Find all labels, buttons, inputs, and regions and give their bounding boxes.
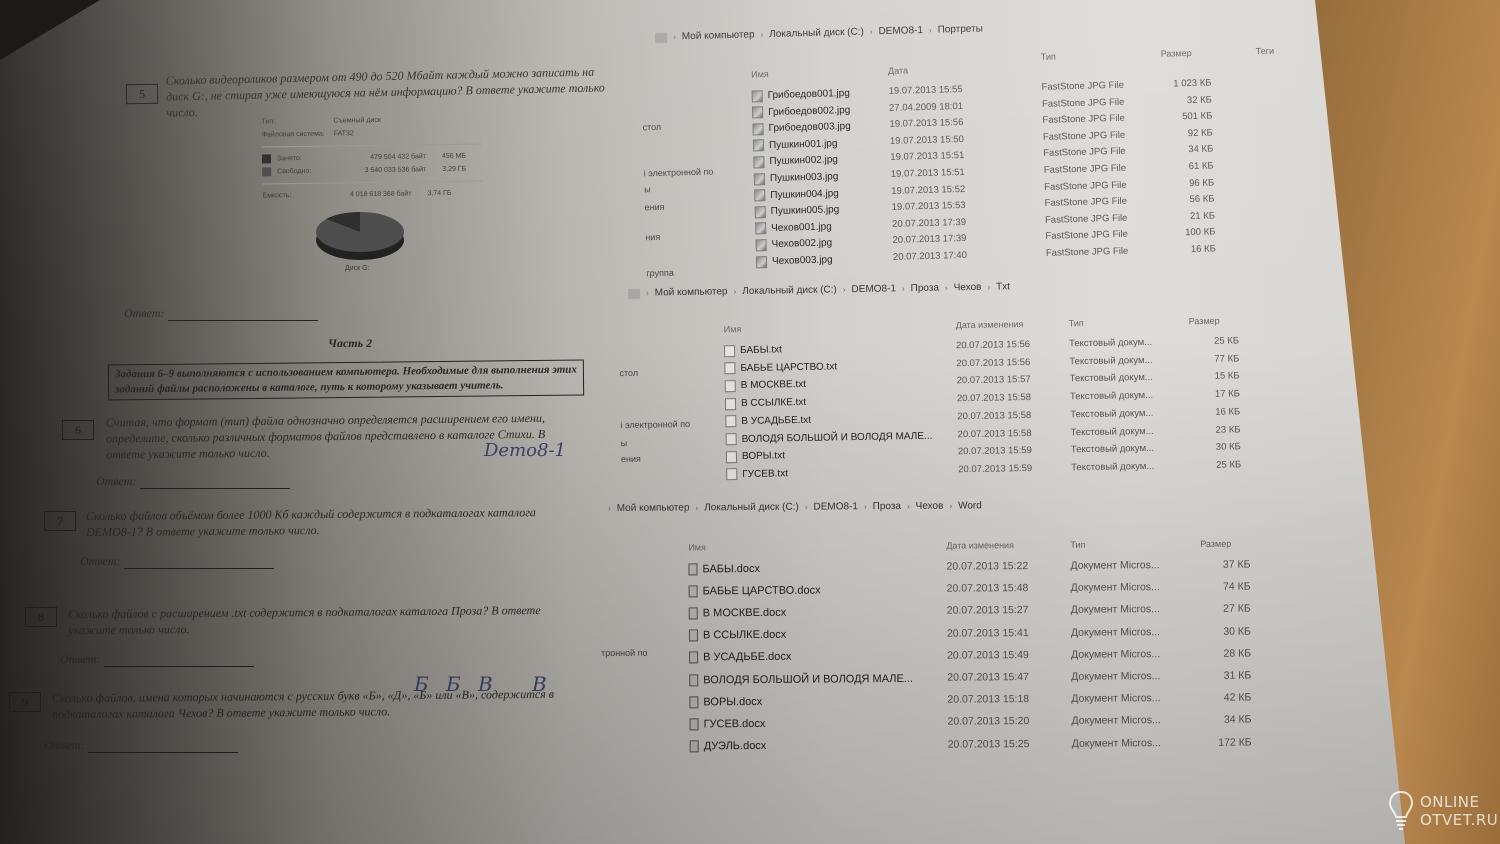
file-type: Документ Micros...: [1071, 648, 1160, 661]
chevron-right-icon: ›: [695, 503, 698, 512]
file-size: 501 КБ: [1152, 111, 1212, 124]
capacity-bytes: 4 018 618 368 байт: [334, 190, 411, 198]
file-name: Пушкин002.jpg: [769, 155, 838, 168]
file-name: Пушкин003.jpg: [770, 171, 839, 184]
breadcrumb-item[interactable]: DEMO8-1: [851, 283, 896, 295]
word-document-icon: [689, 674, 698, 686]
file-size: 32 КБ: [1152, 94, 1212, 107]
text-file-icon: [725, 398, 736, 410]
question-number: 7: [44, 511, 76, 531]
image-file-icon: [756, 256, 767, 268]
handwritten-letter: Б: [414, 672, 429, 696]
file-date: 20.07.2013 15:58: [958, 427, 1032, 439]
file-name: БАБЬЕ ЦАРСТВО.txt: [740, 361, 837, 374]
answer-line[interactable]: [124, 556, 274, 569]
file-size: 28 КБ: [1191, 647, 1251, 659]
folder-icon: [655, 32, 667, 42]
disk-label: Диск G:: [345, 265, 370, 272]
file-date: 19.07.2013 15:53: [892, 200, 966, 213]
file-date: 20.07.2013 15:20: [947, 715, 1029, 728]
capacity-size: 3,74 ГБ: [411, 190, 451, 198]
file-name: В ССЫЛКЕ.txt: [741, 397, 806, 409]
file-type: Документ Micros...: [1071, 581, 1160, 594]
handwritten-letter: В: [478, 672, 493, 696]
free-swatch: [262, 167, 271, 176]
file-date: 20.07.2013 17:39: [892, 233, 966, 246]
image-file-icon: [754, 189, 765, 201]
file-date: 20.07.2013 15:47: [947, 671, 1029, 684]
question-number: 9: [9, 692, 41, 712]
column-header[interactable]: Дата: [888, 65, 908, 76]
file-name: Грибоедов001.jpg: [768, 88, 850, 101]
file-type: Текстовый докум...: [1071, 443, 1154, 455]
file-date: 20.07.2013 15:56: [956, 339, 1030, 351]
breadcrumb-item[interactable]: Локальный диск (C:): [742, 284, 837, 297]
file-size: 30 КБ: [1181, 442, 1241, 454]
file-size: 27 КБ: [1191, 603, 1251, 615]
answer-line[interactable]: [140, 476, 290, 489]
text-file-icon: [726, 469, 737, 481]
file-date: 19.07.2013 15:52: [891, 184, 965, 197]
file-name: Пушкин005.jpg: [771, 204, 840, 217]
file-name: ГУСЕВ.txt: [742, 468, 788, 480]
word-document-icon: [688, 563, 697, 575]
file-type: FastStone JPG File: [1042, 113, 1125, 126]
fs-value: FAT32: [334, 130, 354, 137]
file-name: Чехов001.jpg: [771, 221, 832, 234]
file-date: 20.07.2013 15:58: [957, 392, 1031, 404]
file-size: 16 КБ: [1156, 243, 1216, 256]
file-date: 20.07.2013 17:40: [893, 250, 967, 263]
answer-label: Ответ:: [124, 306, 164, 320]
file-size: 15 КБ: [1180, 371, 1240, 383]
file-size: 96 КБ: [1154, 177, 1214, 190]
answer-6: Ответ:: [96, 474, 290, 489]
word-document-icon: [689, 629, 698, 641]
file-size: 25 КБ: [1179, 335, 1239, 347]
file-date: 20.07.2013 15:49: [947, 649, 1029, 662]
image-file-icon: [752, 106, 763, 118]
file-type: Документ Micros...: [1072, 737, 1161, 750]
word-document-icon: [689, 696, 698, 708]
file-size: 172 КБ: [1192, 736, 1252, 748]
handwritten-letter: В: [532, 672, 547, 696]
word-document-icon: [689, 607, 698, 619]
text-file-icon: [725, 415, 736, 427]
column-header[interactable]: Размер: [1161, 48, 1192, 59]
answer-label: Ответ:: [96, 474, 136, 488]
chevron-right-icon: ›: [733, 287, 736, 296]
file-name: ГУСЕВ.docx: [704, 718, 766, 730]
question-text: Сколько видеороликов размером от 490 до …: [166, 63, 607, 120]
file-type: Текстовый докум...: [1069, 337, 1152, 349]
file-type: Текстовый докум...: [1070, 425, 1153, 437]
file-name: Чехов003.jpg: [772, 254, 833, 267]
answer-line[interactable]: [88, 740, 238, 753]
question-text: Сколько файлов с расширением .txt содерж…: [68, 602, 568, 638]
file-size: 34 КБ: [1153, 144, 1213, 157]
file-size: 74 КБ: [1191, 581, 1251, 593]
file-date: 20.07.2013 15:27: [947, 604, 1029, 617]
text-file-icon: [725, 380, 736, 392]
file-name: ВОЛОДЯ БОЛЬШОЙ И ВОЛОДЯ МАЛЕ...: [703, 672, 913, 685]
free-size: 3,29 ГБ: [426, 166, 466, 174]
file-size: 77 КБ: [1179, 353, 1239, 365]
breadcrumb-item[interactable]: Чехов: [916, 501, 944, 512]
part-2-notice: Задания 6–9 выполняются с использованием…: [108, 360, 584, 401]
image-file-icon: [753, 139, 764, 151]
used-bytes: 479 504 432 байт: [334, 153, 426, 161]
answer-9: Ответ:: [44, 738, 238, 753]
chevron-right-icon: ›: [945, 283, 948, 292]
chevron-right-icon: ›: [673, 32, 676, 41]
file-name: В ССЫЛКЕ.docx: [703, 629, 786, 642]
nav-pane-item[interactable]: ы: [621, 438, 628, 448]
handwritten-letter: Б: [446, 672, 461, 696]
file-size: 17 КБ: [1180, 388, 1240, 400]
file-date: 19.07.2013 15:56: [889, 117, 963, 130]
type-label: Тип:: [261, 118, 333, 126]
file-type: Текстовый докум...: [1070, 372, 1153, 384]
used-swatch: [262, 154, 271, 163]
file-type: FastStone JPG File: [1044, 196, 1127, 209]
file-size: 100 КБ: [1155, 227, 1215, 240]
text-file-icon: [726, 433, 737, 445]
file-type: Документ Micros...: [1071, 604, 1160, 617]
column-header[interactable]: Тип: [1069, 318, 1084, 328]
disk-properties: Тип:Съемный диск Файловая система:FAT32 …: [261, 112, 482, 202]
watermark-line-2: OTVET.RU: [1420, 811, 1498, 829]
file-name: В МОСКВЕ.txt: [741, 379, 806, 391]
breadcrumb-item[interactable]: Портреты: [937, 23, 983, 35]
file-type: Документ Micros...: [1070, 559, 1159, 572]
image-file-icon: [755, 239, 766, 251]
file-name: Пушкин004.jpg: [770, 188, 839, 201]
file-size: 31 КБ: [1191, 670, 1251, 682]
text-file-icon: [726, 451, 737, 463]
answer-line[interactable]: [168, 308, 318, 321]
answer-label: Ответ:: [44, 738, 84, 752]
free-bytes: 3 540 033 536 байт: [334, 166, 426, 174]
file-type: FastStone JPG File: [1041, 80, 1124, 93]
file-date: 19.07.2013 15:50: [890, 134, 964, 147]
file-name: БАБЫ.txt: [740, 344, 782, 356]
chevron-right-icon: ›: [929, 26, 932, 35]
used-label: Занято:: [277, 155, 334, 163]
text-file-icon: [724, 345, 735, 357]
free-label: Свободно:: [277, 168, 334, 176]
file-size: 92 КБ: [1153, 127, 1213, 140]
question-number: 8: [25, 607, 57, 627]
breadcrumb-item[interactable]: Проза: [911, 283, 940, 294]
file-size: 34 КБ: [1191, 714, 1251, 726]
file-date: 20.07.2013 15:25: [948, 738, 1030, 751]
word-document-icon: [689, 652, 698, 664]
file-name: БАБЫ.docx: [702, 562, 760, 574]
breadcrumb-item[interactable]: Проза: [873, 501, 901, 512]
watermark: ONLINEOTVET.RU: [1388, 790, 1498, 832]
chevron-right-icon: ›: [987, 283, 990, 292]
fs-label: Файловая система:: [262, 131, 334, 139]
chevron-right-icon: ›: [843, 285, 846, 294]
chevron-right-icon: ›: [902, 284, 905, 293]
breadcrumb-item[interactable]: Txt: [996, 281, 1010, 292]
chevron-right-icon: ›: [760, 30, 763, 39]
file-size: 21 КБ: [1155, 210, 1215, 223]
column-header[interactable]: Имя: [751, 69, 769, 79]
breadcrumb-item[interactable]: Чехов: [954, 282, 982, 293]
file-size: 23 КБ: [1180, 424, 1240, 436]
chevron-right-icon: ›: [608, 504, 611, 513]
file-date: 20.07.2013 17:39: [892, 217, 966, 230]
file-type: FastStone JPG File: [1046, 246, 1129, 259]
file-type: Документ Micros...: [1071, 715, 1160, 728]
breadcrumb-item[interactable]: Мой компьютер: [655, 286, 728, 298]
file-date: 20.07.2013 15:48: [947, 582, 1029, 595]
file-date: 20.07.2013 15:56: [956, 357, 1030, 369]
lightbulb-icon: [1388, 790, 1414, 832]
breadcrumb-item[interactable]: Локальный диск (C:): [704, 502, 799, 514]
file-type: FastStone JPG File: [1045, 229, 1128, 242]
file-type: FastStone JPG File: [1044, 179, 1127, 192]
file-type: Документ Micros...: [1071, 626, 1160, 639]
file-size: 37 КБ: [1190, 559, 1250, 571]
answer-8: Ответ:: [60, 652, 254, 667]
handwritten-note: Demo8-1: [484, 440, 566, 461]
file-name: Грибоедов002.jpg: [768, 105, 850, 118]
chevron-right-icon: ›: [864, 502, 867, 511]
word-document-icon: [690, 740, 699, 752]
watermark-line-1: ONLINE: [1420, 793, 1498, 811]
column-header[interactable]: Имя: [724, 324, 742, 334]
capacity-label: Емкость:: [262, 192, 334, 200]
file-date: 19.07.2013 15:55: [888, 84, 962, 97]
file-type: FastStone JPG File: [1043, 130, 1126, 143]
chevron-right-icon: ›: [949, 502, 952, 511]
file-type: FastStone JPG File: [1045, 212, 1128, 225]
file-size: 16 КБ: [1180, 406, 1240, 418]
file-date: 20.07.2013 15:22: [946, 560, 1028, 573]
image-file-icon: [752, 90, 763, 102]
file-date: 27.04.2009 18:01: [889, 101, 963, 114]
answer-7: Ответ:: [80, 554, 274, 569]
file-name: БАБЬЕ ЦАРСТВО.docx: [703, 584, 821, 597]
file-type: FastStone JPG File: [1043, 146, 1126, 159]
part-2-title: Часть 2: [328, 336, 372, 351]
file-size: 25 КБ: [1181, 459, 1241, 471]
column-header[interactable]: Тип: [1041, 52, 1056, 62]
image-file-icon: [753, 156, 764, 168]
file-date: 20.07.2013 15:58: [957, 410, 1031, 422]
question-text: Сколько файлов объёмом более 1000 Кб каж…: [86, 504, 570, 540]
file-name: Чехов002.jpg: [771, 238, 832, 251]
chevron-right-icon: ›: [870, 27, 873, 36]
file-date: 20.07.2013 15:41: [947, 627, 1029, 640]
file-size: 1 023 КБ: [1151, 77, 1211, 90]
column-header[interactable]: Теги: [1256, 46, 1275, 56]
file-name: ВОЛОДЯ БОЛЬШОЙ И ВОЛОДЯ МАЛЕ...: [742, 430, 933, 444]
breadcrumb-item[interactable]: Мой компьютер: [682, 29, 755, 42]
image-file-icon: [752, 123, 763, 135]
breadcrumb-item[interactable]: DEMO8-1: [878, 25, 923, 37]
file-size: 30 КБ: [1191, 625, 1251, 637]
word-document-icon: [690, 718, 699, 730]
image-file-icon: [755, 222, 766, 234]
file-date: 20.07.2013 15:59: [958, 463, 1032, 475]
breadcrumb-item[interactable]: Word: [958, 500, 982, 511]
file-type: Текстовый докум...: [1070, 408, 1153, 420]
file-size: 61 КБ: [1154, 160, 1214, 173]
column-header[interactable]: Размер: [1200, 539, 1231, 549]
chevron-right-icon: ›: [907, 502, 910, 511]
file-type: Текстовый докум...: [1070, 390, 1153, 402]
file-name: ДУЭЛЬ.docx: [704, 740, 767, 752]
file-type: FastStone JPG File: [1044, 163, 1127, 176]
word-document-icon: [689, 585, 698, 597]
file-size: 56 КБ: [1154, 194, 1214, 207]
breadcrumb-item[interactable]: DEMO8-1: [813, 501, 858, 512]
nav-pane-item[interactable]: ы: [644, 184, 651, 194]
file-name: Пушкин001.jpg: [769, 138, 838, 151]
file-name: В МОСКВЕ.docx: [703, 607, 787, 620]
question-number: 6: [62, 420, 94, 440]
column-header[interactable]: Тип: [1070, 540, 1085, 550]
answer-5: Ответ:: [124, 306, 318, 321]
answer-label: Ответ:: [60, 652, 100, 666]
file-name: Грибоедов003.jpg: [768, 121, 850, 134]
column-header[interactable]: Размер: [1189, 316, 1220, 327]
used-size: 456 МБ: [426, 153, 466, 161]
disk-usage-pie-chart: [312, 210, 408, 262]
file-name: В УСАДЬБЕ.txt: [741, 415, 811, 427]
column-header[interactable]: Дата изменения: [946, 540, 1014, 550]
folder-icon: [628, 288, 640, 298]
image-file-icon: [755, 206, 766, 218]
file-type: Текстовый докум...: [1069, 355, 1152, 367]
file-name: ВОРЫ.docx: [703, 696, 762, 708]
type-value: Съемный диск: [333, 117, 381, 125]
file-size: 42 КБ: [1191, 692, 1251, 704]
file-type: FastStone JPG File: [1042, 96, 1125, 109]
file-date: 19.07.2013 15:51: [890, 150, 964, 163]
file-date: 19.07.2013 15:51: [891, 167, 965, 180]
breadcrumb-item[interactable]: Мой компьютер: [617, 502, 690, 514]
text-file-icon: [724, 362, 735, 374]
file-date: 20.07.2013 15:18: [947, 693, 1029, 706]
nav-pane-item[interactable]: ния: [645, 232, 660, 242]
image-file-icon: [754, 173, 765, 185]
chevron-right-icon: ›: [646, 289, 649, 298]
answer-line[interactable]: [104, 654, 254, 667]
file-date: 20.07.2013 15:59: [958, 445, 1032, 457]
file-type: Документ Micros...: [1071, 670, 1160, 683]
file-type: Текстовый докум...: [1071, 461, 1154, 473]
chevron-right-icon: ›: [805, 503, 808, 512]
file-name: ВОРЫ.txt: [742, 450, 785, 462]
file-type: Документ Micros...: [1071, 692, 1160, 705]
question-number: 5: [126, 84, 158, 105]
file-name: В УСАДЬБЕ.docx: [703, 651, 791, 664]
column-header[interactable]: Имя: [688, 542, 706, 552]
file-date: 20.07.2013 15:57: [957, 374, 1031, 386]
answer-label: Ответ:: [80, 554, 120, 568]
column-header[interactable]: Дата изменения: [956, 319, 1024, 330]
